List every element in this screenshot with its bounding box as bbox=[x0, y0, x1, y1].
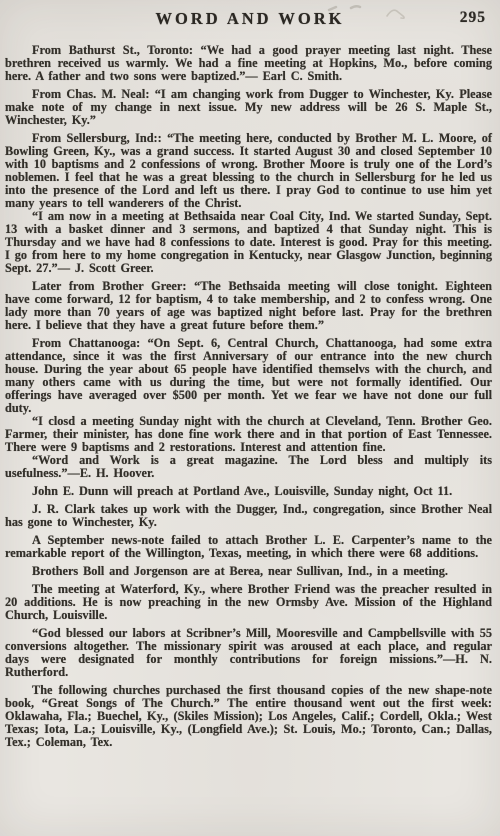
paragraph-bethsaida: “I am now in a meeting at Bethsaida near… bbox=[5, 210, 492, 275]
paragraph-shape-note-book: The following churches purchased the fir… bbox=[5, 684, 492, 749]
paragraph-sellersburg: From Sellersburg, Ind:: “The meeting her… bbox=[5, 132, 492, 210]
paragraph-john-dunn: John E. Dunn will preach at Portland Ave… bbox=[5, 485, 492, 498]
paragraph-boll-jorgenson: Brothers Boll and Jorgenson are at Berea… bbox=[5, 565, 492, 578]
page-header: WORD AND WORK 295 bbox=[0, 0, 500, 35]
page-body: From Bathurst St., Toronto: “We had a go… bbox=[0, 44, 500, 749]
paragraph-waterford: The meeting at Waterford, Ky., where Bro… bbox=[5, 583, 492, 622]
paragraph-bathurst-toronto: From Bathurst St., Toronto: “We had a go… bbox=[5, 44, 492, 83]
paragraph-greer-later: Later from Brother Greer: “The Bethsaida… bbox=[5, 280, 492, 332]
paragraph-jr-clark: J. R. Clark takes up work with the Dugge… bbox=[5, 503, 492, 529]
paragraph-chas-neal: From Chas. M. Neal: “I am changing work … bbox=[5, 88, 492, 127]
paragraph-rutherford: “God blessed our labors at Scribner’s Mi… bbox=[5, 627, 492, 679]
paragraph-chattanooga: From Chattanooga: “On Sept. 6, Central C… bbox=[5, 337, 492, 415]
paragraph-hoover: “Word and Work is a great magazine. The … bbox=[5, 454, 492, 480]
paragraph-carpenter: A September news-note failed to attach B… bbox=[5, 534, 492, 560]
page-number: 295 bbox=[460, 9, 486, 27]
paragraph-cleveland: “I closd a meeting Sunday night with the… bbox=[5, 415, 492, 454]
scanned-page: WORD AND WORK 295 From Bathurst St., Tor… bbox=[0, 0, 500, 836]
page-title: WORD AND WORK bbox=[0, 9, 500, 29]
